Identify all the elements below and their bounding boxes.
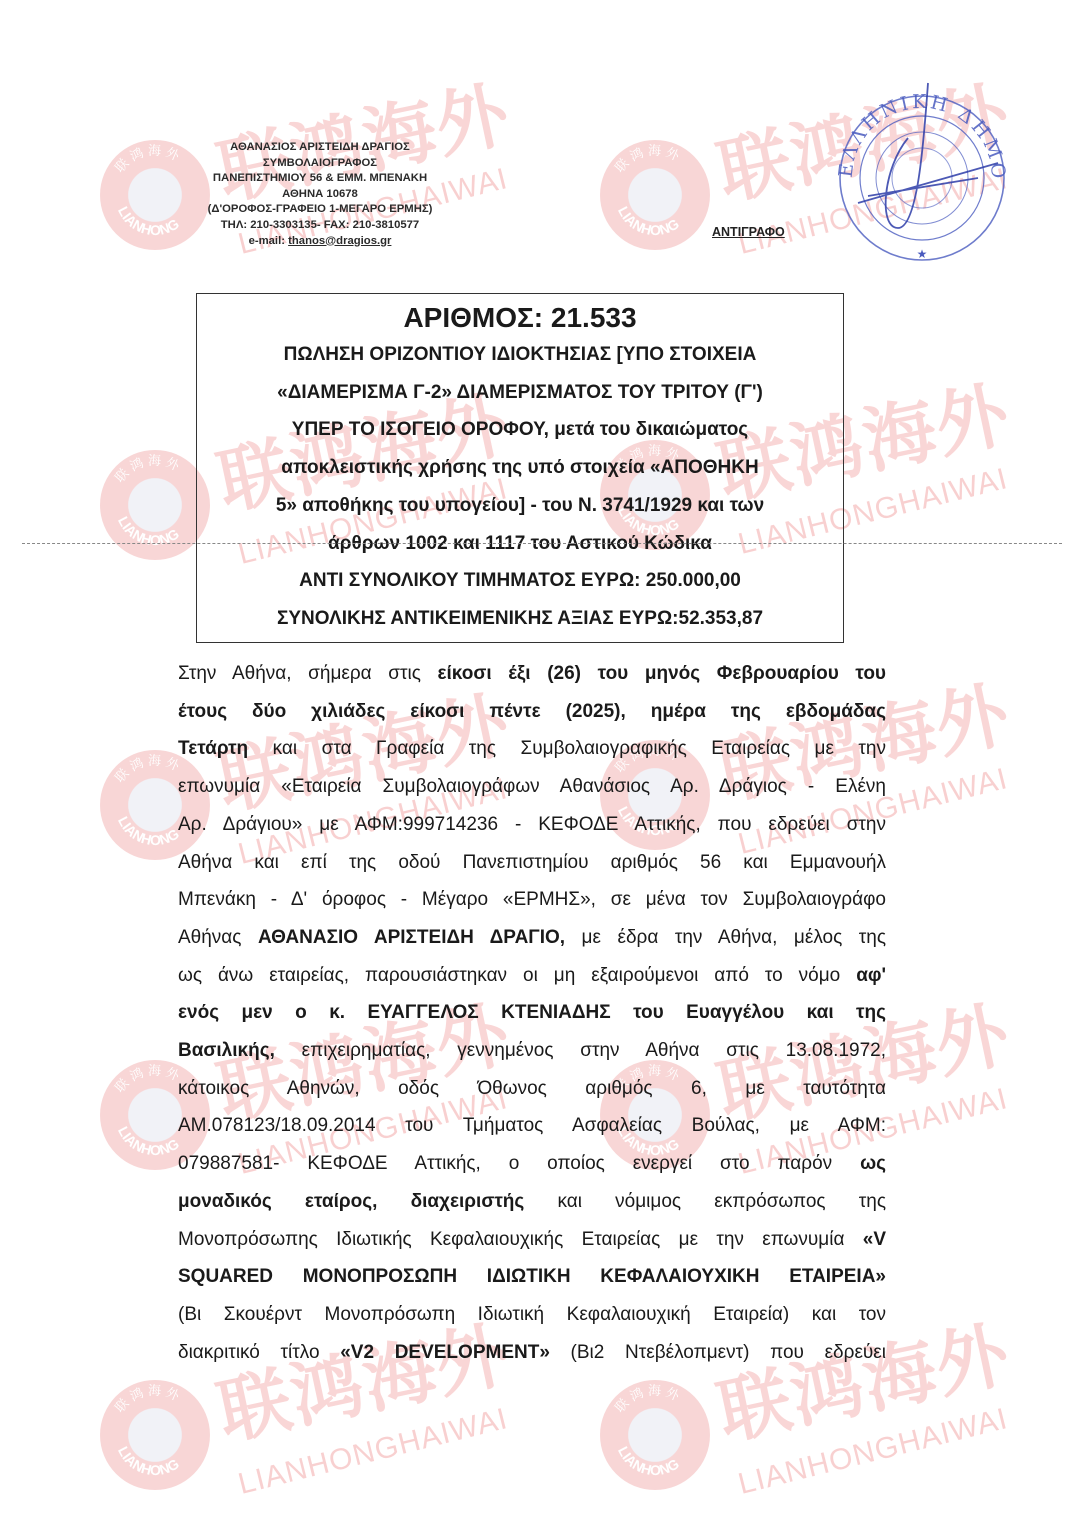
seal-text: ΕΛΛΗΝΙΚΗ ΔΗΜΟΚΡΑΤΙΑ [838, 78, 1006, 182]
deed-number: ΑΡΙΘΜΟΣ: 21.533 [197, 300, 843, 336]
body-line: Μονοπρόσωπης Ιδιωτικής Κεφαλαιουχικής Ετ… [178, 1221, 886, 1259]
star-icon: ★ [917, 247, 928, 261]
deed-title-lines: ΠΩΛΗΣΗ ΟΡΙΖΟΝΤΙΟΥ ΙΔΙΟΚΤΗΣΙΑΣ [ΥΠΟ ΣΤΟΙΧ… [197, 336, 843, 638]
notary-name: ΑΘΑΝΑΣΙΟΣ ΑΡΙΣΤΕΙΔΗ ΔΡΑΓΙΟΣ [170, 140, 470, 156]
body-line: μοναδικός εταίρος, διαχειριστής και νόμι… [178, 1183, 886, 1221]
watermark-text-en: LIANHONGHAIWAI [735, 1402, 1011, 1502]
svg-text:联 鸿 海 外: 联 鸿 海 外 [112, 1063, 183, 1095]
body-line: κάτοικος Αθηνών, οδός Όθωνος αριθμός 6, … [178, 1070, 886, 1108]
fold-line [22, 543, 1062, 544]
svg-text:LIANHONG: LIANHONG [615, 1444, 682, 1478]
body-line: ΑΜ.078123/18.09.2014 του Τμήματος Ασφαλε… [178, 1107, 886, 1145]
deed-title-line: «ΔΙΑΜΕΡΙΣΜΑ Γ-2» ΔΙΑΜΕΡΙΣΜΑΤΟΣ ΤΟΥ ΤΡΙΤΟ… [197, 374, 843, 412]
svg-text:联 鸿 海 外: 联 鸿 海 外 [612, 143, 683, 175]
deed-title-line: ΥΠΕΡ ΤΟ ΙΣΟΓΕΙΟ ΟΡΟΦΟΥ, μετά του δικαιώμ… [197, 411, 843, 449]
watermark-logo-icon: LIANHONG联 鸿 海 外 [600, 1380, 710, 1490]
body-line: Αθήνας ΑΘΑΝΑΣΙΟ ΑΡΙΣΤΕΙΔΗ ΔΡΑΓΙΟ, με έδρ… [178, 919, 886, 957]
notary-email: e-mail: thanos@dragios.gr [170, 234, 470, 250]
svg-text:LIANHONG: LIANHONG [115, 1444, 182, 1478]
email-label: e-mail: [249, 235, 289, 247]
deed-title-line: αποκλειστικής χρήσης της υπό στοιχεία «Α… [197, 449, 843, 487]
watermark-logo-icon: LIANHONG联 鸿 海 外 [100, 1380, 210, 1490]
deed-title-line: ΑΝΤΙ ΣΥΝΟΛΙΚΟΥ ΤΙΜΗΜΑΤΟΣ ΕΥΡΩ: 250.000,0… [197, 562, 843, 600]
deed-title-line: 5» αποθήκης του υπογείου] - του Ν. 3741/… [197, 487, 843, 525]
svg-text:联 鸿 海 外: 联 鸿 海 外 [612, 1383, 683, 1415]
body-line: Αρ. Δράγιου» με ΑΦΜ:999714236 - ΚΕΦΟΔΕ Α… [178, 806, 886, 844]
svg-text:联 鸿 海 外: 联 鸿 海 外 [112, 1383, 183, 1415]
body-line: ενός μεν ο κ. ΕΥΑΓΓΕΛΟΣ ΚΤΕΝΙΑΔΗΣ του Ευ… [178, 994, 886, 1032]
body-line: Μπενάκη - Δ' όροφος - Μέγαρο «ΕΡΜΗΣ», σε… [178, 881, 886, 919]
svg-text:LIANHONG: LIANHONG [615, 204, 682, 238]
deed-title-line: ΠΩΛΗΣΗ ΟΡΙΖΟΝΤΙΟΥ ΙΔΙΟΚΤΗΣΙΑΣ [ΥΠΟ ΣΤΟΙΧ… [197, 336, 843, 374]
body-line: SQUARED ΜΟΝΟΠΡΟΣΩΠΗ ΙΔΙΩΤΙΚΗ ΚΕΦΑΛΑΙΟΥΧΙ… [178, 1258, 886, 1296]
body-line: Αθήνα και επί της οδού Πανεπιστημίου αρι… [178, 844, 886, 882]
body-line: 079887581- ΚΕΦΟΔΕ Αττικής, ο οποίος ενερ… [178, 1145, 886, 1183]
svg-text:LIANHONG: LIANHONG [115, 814, 182, 848]
notary-phone-fax: ΤΗΛ: 210-3303135- FAX: 210-3810577 [170, 218, 470, 234]
svg-text:ΕΛΛΗΝΙΚΗ ΔΗΜΟΚΡΑΤΙΑ: ΕΛΛΗΝΙΚΗ ΔΗΜΟΚΡΑΤΙΑ [838, 78, 1006, 182]
body-line: Τετάρτη και στα Γραφεία της Συμβολαιογρα… [178, 730, 886, 768]
notary-floor: (Δ'ΟΡΟΦΟΣ-ΓΡΑΦΕΙΟ 1-ΜΕΓΑΡΟ ΕΡΜΗΣ) [170, 202, 470, 218]
letterhead: ΑΘΑΝΑΣΙΟΣ ΑΡΙΣΤΕΙΔΗ ΔΡΑΓΙΟΣ ΣΥΜΒΟΛΑΙΟΓΡΑ… [170, 140, 470, 249]
official-seal-stamp: ΕΛΛΗΝΙΚΗ ΔΗΜΟΚΡΑΤΙΑ ★ [838, 78, 1006, 268]
body-line: ως άνω εταιρείας, παρουσιάστηκαν οι μη ε… [178, 957, 886, 995]
body-line: διακριτικό τίτλο «V2 DEVELOPMENT» (Βι2 Ν… [178, 1334, 886, 1372]
deed-title-line: ΣΥΝΟΛΙΚΗΣ ΑΝΤΙΚΕΙΜΕΝΙΚΗΣ ΑΞΙΑΣ ΕΥΡΩ:52.3… [197, 600, 843, 638]
deed-body-text: Στην Αθήνα, σήμερα στις είκοσι έξι (26) … [178, 655, 886, 1371]
svg-text:联 鸿 海 外: 联 鸿 海 外 [112, 453, 183, 485]
body-line: Στην Αθήνα, σήμερα στις είκοσι έξι (26) … [178, 655, 886, 693]
body-line: έτους δύο χιλιάδες είκοσι πέντε (2025), … [178, 693, 886, 731]
copy-label: ΑΝΤΙΓΡΑΦΟ [712, 225, 785, 239]
svg-text:联 鸿 海 外: 联 鸿 海 外 [112, 753, 183, 785]
notary-title: ΣΥΜΒΟΛΑΙΟΓΡΑΦΟΣ [170, 156, 470, 172]
notary-address: ΠΑΝΕΠΙΣΤΗΜΙΟΥ 56 & ΕΜΜ. ΜΠΕΝΑΚΗ [170, 171, 470, 187]
body-line: επωνυμία «Εταιρεία Συμβολαιογράφων Αθανά… [178, 768, 886, 806]
body-line: (Βι Σκουέρντ Μονοπρόσωπη Ιδιωτική Κεφαλα… [178, 1296, 886, 1334]
deed-title-box: ΑΡΙΘΜΟΣ: 21.533 ΠΩΛΗΣΗ ΟΡΙΖΟΝΤΙΟΥ ΙΔΙΟΚΤ… [196, 293, 844, 643]
svg-text:LIANHONG: LIANHONG [115, 1124, 182, 1158]
body-line: Βασιλικής, επιχειρηματίας, γεννημένος στ… [178, 1032, 886, 1070]
watermark-text-en: LIANHONGHAIWAI [235, 1402, 511, 1502]
email-link[interactable]: thanos@dragios.gr [288, 235, 391, 247]
watermark-logo-icon: LIANHONG联 鸿 海 外 [600, 140, 710, 250]
notary-city: ΑΘΗΝΑ 10678 [170, 187, 470, 203]
